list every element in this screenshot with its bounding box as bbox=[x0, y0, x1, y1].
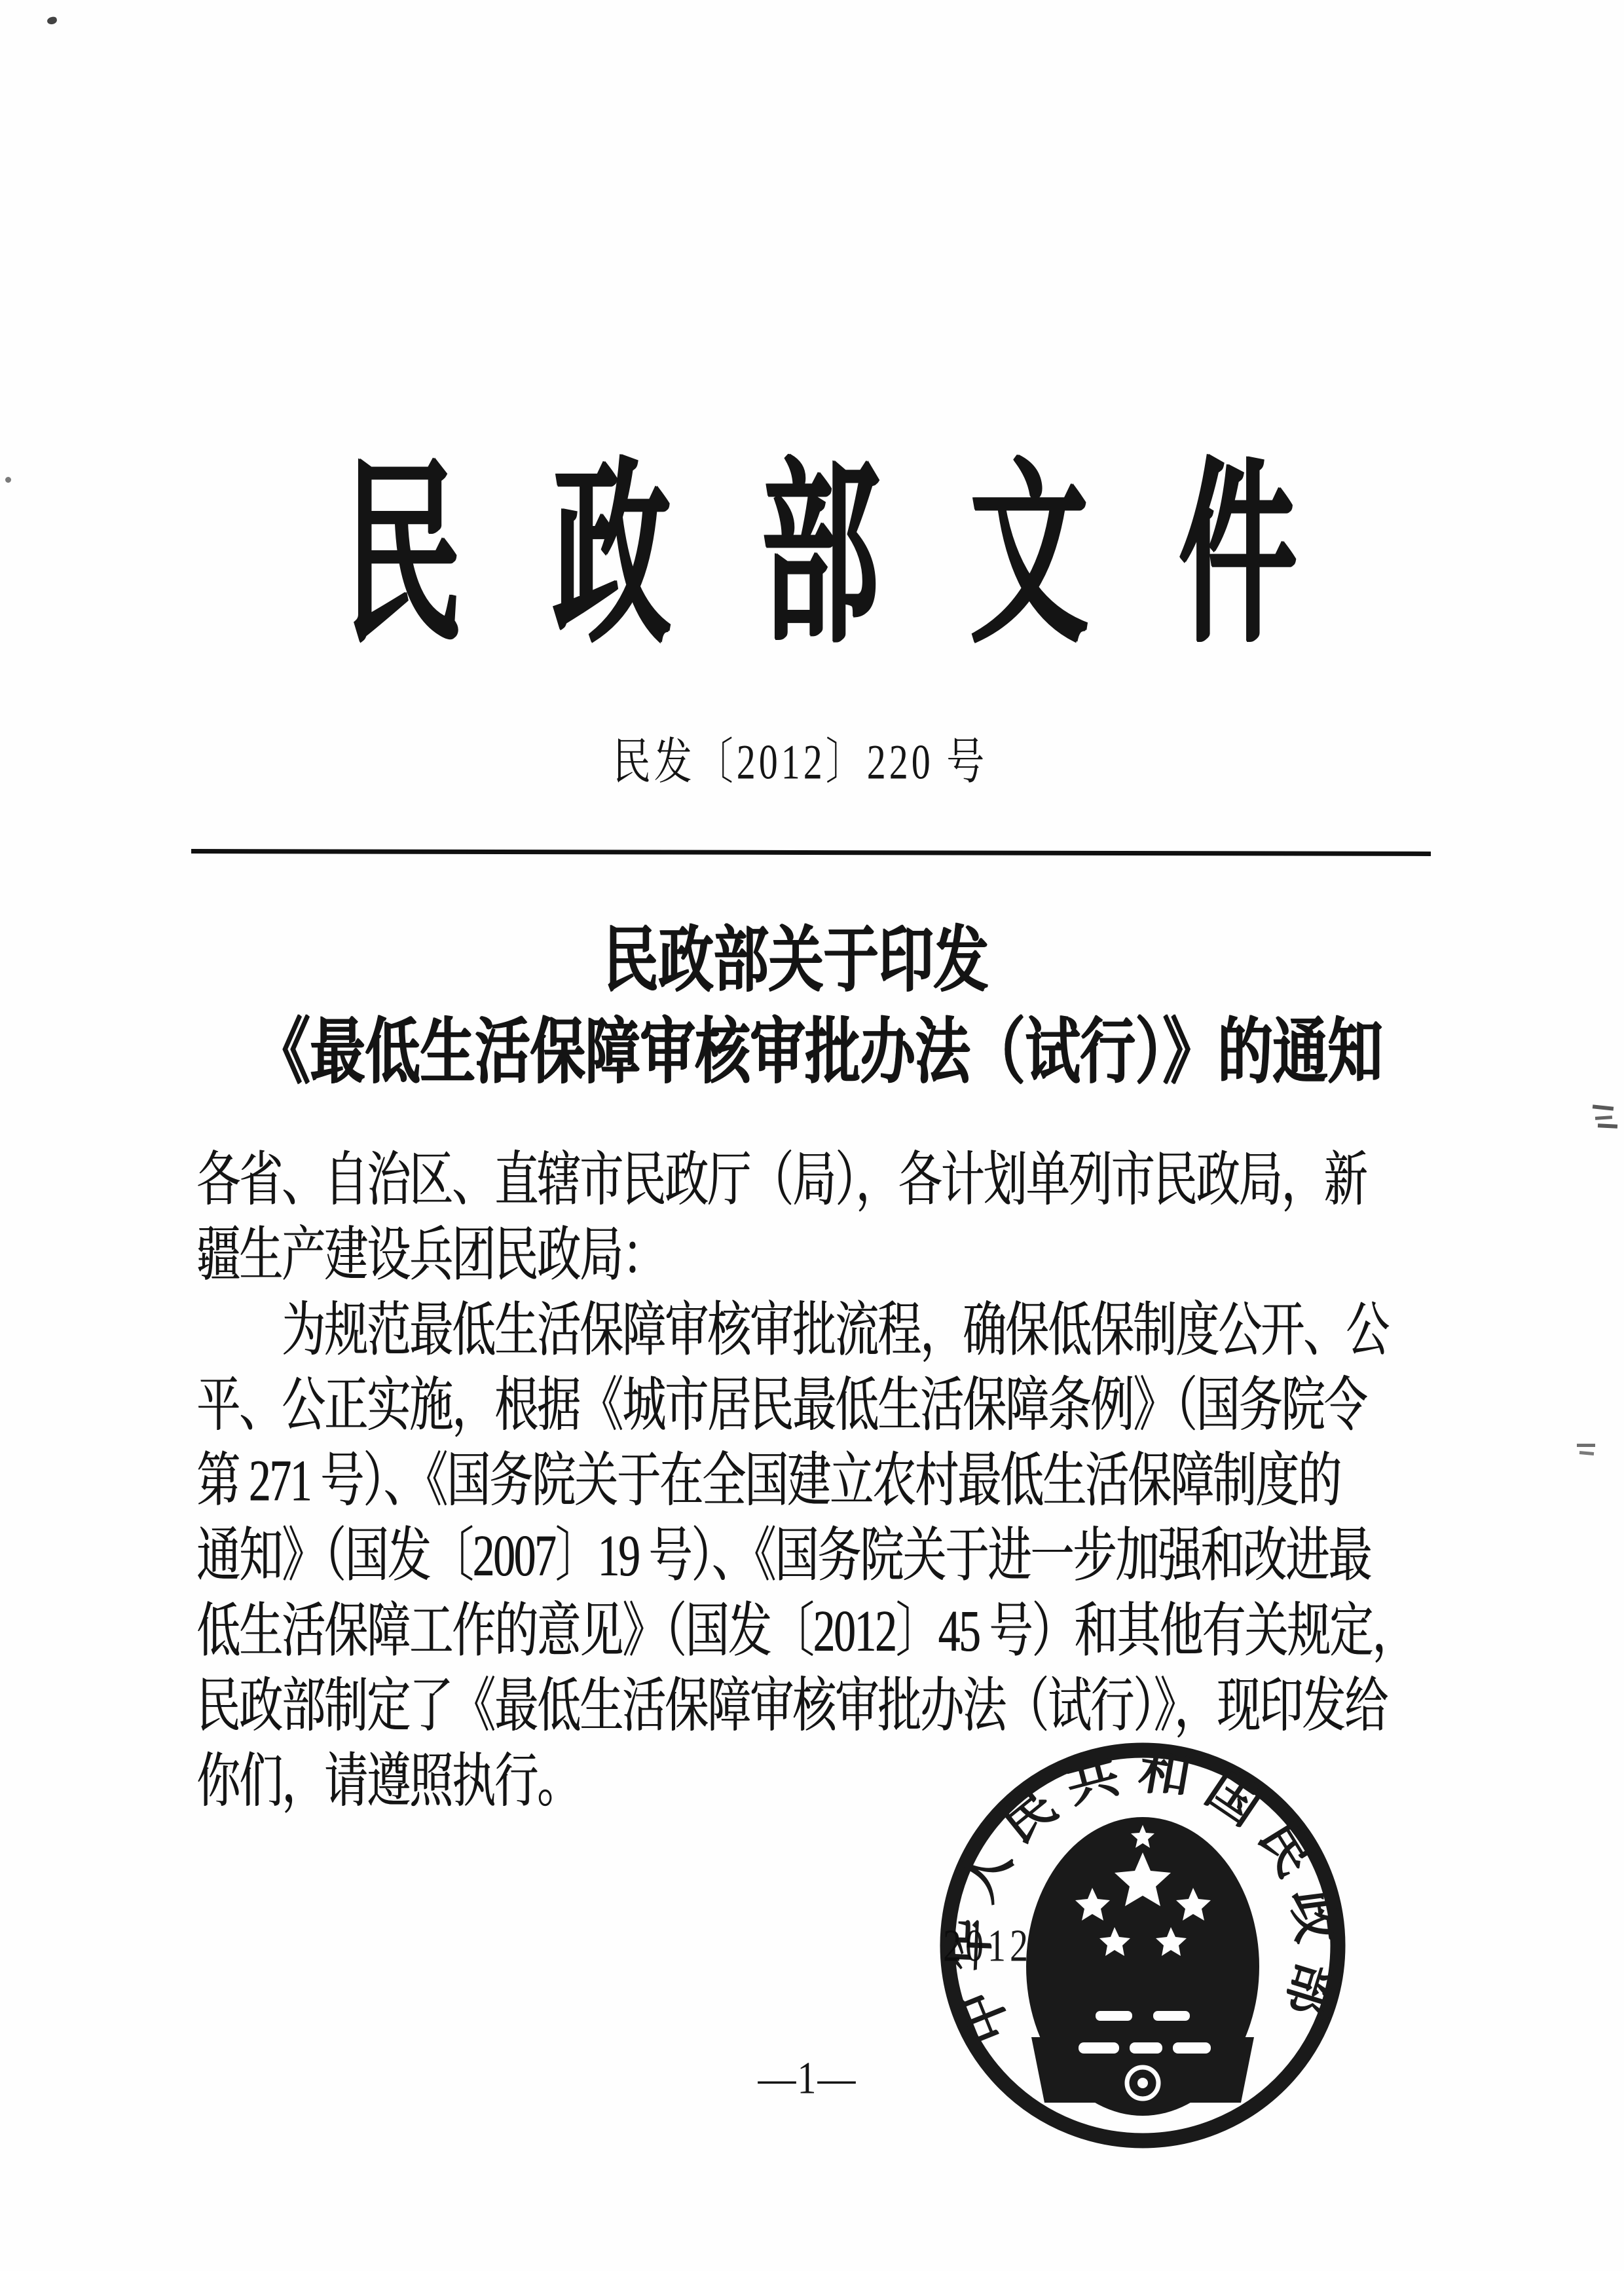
header-char: 政 bbox=[553, 459, 671, 656]
ministry-document-header: 民 政 部 文 件 bbox=[344, 459, 1297, 662]
body-line: 平、公正实施，根据《城市居民最低生活保障条例》（国务院令 bbox=[196, 1368, 1480, 1444]
body-line: 为规范最低生活保障审核审批流程，确保低保制度公开、公 bbox=[196, 1294, 1480, 1369]
header-char: 部 bbox=[761, 459, 879, 656]
scan-artifact-dot bbox=[5, 477, 11, 483]
body-line: 通知》（国发〔2007〕19 号）、《国务院关于进一步加强和改进最 bbox=[196, 1519, 1480, 1594]
header-divider-rule bbox=[191, 849, 1431, 856]
scan-artifact-pencil-mark bbox=[1579, 1451, 1594, 1455]
header-char: 文 bbox=[970, 459, 1088, 656]
national-emblem-icon bbox=[1026, 1817, 1259, 2116]
header-char: 民 bbox=[344, 459, 462, 656]
scan-artifact-pencil-mark bbox=[1595, 1116, 1612, 1120]
body-line: 低生活保障工作的意见》（国发〔2012〕45 号）和其他有关规定， bbox=[196, 1594, 1480, 1670]
notice-title-line2: 《最低生活保障审核审批办法（试行）》的通知 bbox=[0, 1014, 1624, 1093]
body-line: 民政部制定了《最低生活保障审核审批办法（试行）》，现印发给 bbox=[196, 1669, 1480, 1744]
scan-artifact-pencil-mark bbox=[1577, 1444, 1595, 1447]
scanned-document-page: 民 政 部 文 件 民发〔2012〕220 号 民政部关于印发 《最低生活保障审… bbox=[0, 0, 1624, 2271]
body-line: 各省、自治区、直辖市民政厅（局），各计划单列市民政局，新 bbox=[196, 1143, 1480, 1218]
scan-artifact-pencil-mark bbox=[1593, 1104, 1614, 1110]
notice-body: 各省、自治区、直辖市民政厅（局），各计划单列市民政局，新 疆生产建设兵团民政局：… bbox=[196, 1143, 1480, 1820]
page-number: —1— bbox=[676, 2052, 938, 2104]
scan-artifact-pencil-mark bbox=[1598, 1123, 1617, 1129]
body-line: 第 271 号）、《国务院关于在全国建立农村最低生活保障制度的 bbox=[196, 1444, 1480, 1519]
notice-title-line1: 民政部关于印发 bbox=[0, 922, 1591, 1001]
body-line: 疆生产建设兵团民政局： bbox=[196, 1218, 1480, 1294]
scan-artifact-dot bbox=[46, 16, 58, 26]
header-char: 件 bbox=[1179, 459, 1297, 656]
document-number: 民发〔2012〕220 号 bbox=[0, 735, 1600, 789]
official-seal: 中华人民共和国民政部 bbox=[933, 1736, 1352, 2155]
